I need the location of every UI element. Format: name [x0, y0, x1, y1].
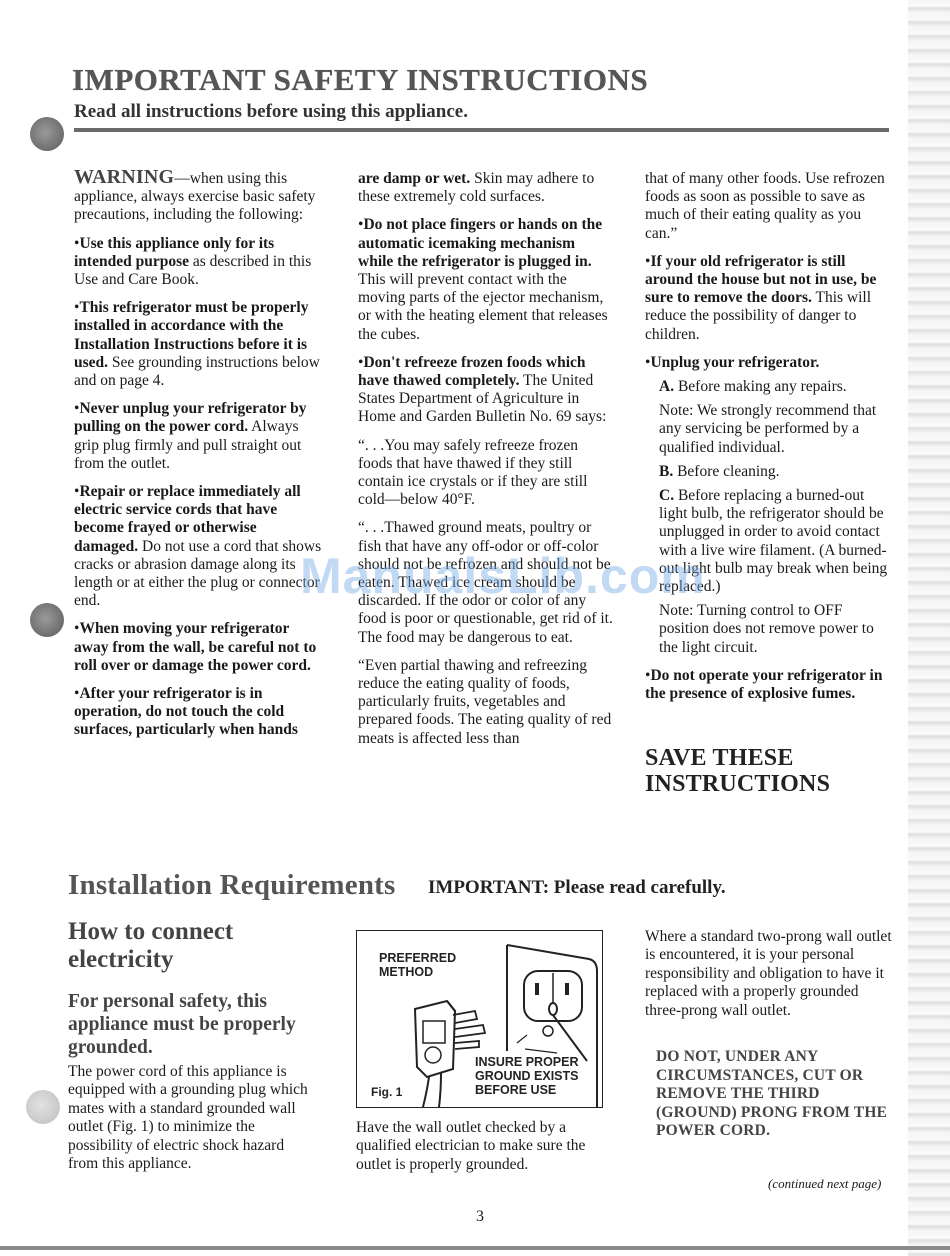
header-rule — [74, 128, 889, 132]
warning-paragraph: WARNING—when using this appliance, alway… — [74, 168, 324, 225]
safety-item: When moving your refrigerator away from … — [74, 620, 324, 675]
safety-item: Use this appliance only for its intended… — [74, 235, 324, 290]
two-prong-paragraph: Where a standard two-prong wall outlet i… — [645, 928, 895, 1020]
footer-rule — [0, 1246, 950, 1250]
ground-prong-warning: DO NOT, UNDER ANY CIRCUMSTANCES, CUT OR … — [656, 1048, 896, 1141]
figure-number: Fig. 1 — [371, 1085, 402, 1099]
page-subtitle: Read all instructions before using this … — [74, 101, 468, 123]
figure-caption: Have the wall outlet checked by a qualif… — [356, 1119, 606, 1174]
continued-next-page: (continued next page) — [768, 1176, 881, 1192]
unplug-note-2: Note: Turning control to OFF position do… — [645, 602, 895, 657]
how-to-connect-heading: How to connect electricity — [68, 918, 288, 974]
save-instructions-heading: SAVE THESE INSTRUCTIONS — [645, 745, 830, 797]
unplug-note-1: Note: We strongly recommend that any ser… — [645, 402, 895, 457]
figure-label-ground: INSURE PROPER GROUND EXISTS BEFORE USE — [475, 1055, 579, 1097]
unplug-step-a: A. Before making any repairs. — [645, 378, 895, 396]
safety-column-1: WARNING—when using this appliance, alway… — [74, 168, 324, 750]
binder-hole-bottom — [26, 1090, 60, 1124]
safety-item: Never unplug your refrigerator by pullin… — [74, 400, 324, 473]
safety-item: If your old refrigerator is still around… — [645, 253, 895, 344]
safety-item-fumes: Do not operate your refrigerator in the … — [645, 667, 895, 703]
grounding-paragraph: The power cord of this appliance is equi… — [68, 1063, 318, 1173]
warning-heading: WARNING — [74, 166, 174, 188]
safety-item: After your refrigerator is in operation,… — [74, 685, 324, 740]
safety-column-3: that of many other foods. Use refrozen f… — [645, 170, 895, 713]
usda-quote: “. . .You may safely refreeze frozen foo… — [358, 437, 613, 510]
safety-item: This refrigerator must be properly insta… — [74, 299, 324, 390]
personal-safety-heading: For personal safety, this appliance must… — [68, 990, 298, 1059]
continued-item: are damp or wet. Skin may adhere to thes… — [358, 170, 613, 206]
binder-hole-middle — [30, 603, 64, 637]
safety-column-2: are damp or wet. Skin may adhere to thes… — [358, 170, 613, 758]
scanned-edge-strip — [908, 0, 950, 1256]
unplug-step-b: B. Before cleaning. — [645, 463, 895, 481]
safety-item-unplug: Unplug your refrigerator. — [645, 354, 895, 372]
binder-hole-top — [30, 117, 64, 151]
installation-title: Installation Requirements — [68, 869, 396, 902]
watermark: ManualsLib.com — [300, 547, 706, 605]
safety-item: Don't refreeze frozen foods which have t… — [358, 354, 613, 427]
page-number: 3 — [476, 1208, 484, 1226]
figure-1-grounded-outlet: PREFERRED METHOD INSURE PROPER GROUND EX… — [356, 930, 603, 1108]
usda-quote: “Even partial thawing and refreezing red… — [358, 657, 613, 748]
installation-important-note: IMPORTANT: Please read carefully. — [428, 877, 726, 899]
continued-quote: that of many other foods. Use refrozen f… — [645, 170, 895, 243]
safety-item: Do not place fingers or hands on the aut… — [358, 216, 613, 343]
page-title: IMPORTANT SAFETY INSTRUCTIONS — [72, 62, 648, 98]
safety-item: Repair or replace immediately all electr… — [74, 483, 324, 610]
